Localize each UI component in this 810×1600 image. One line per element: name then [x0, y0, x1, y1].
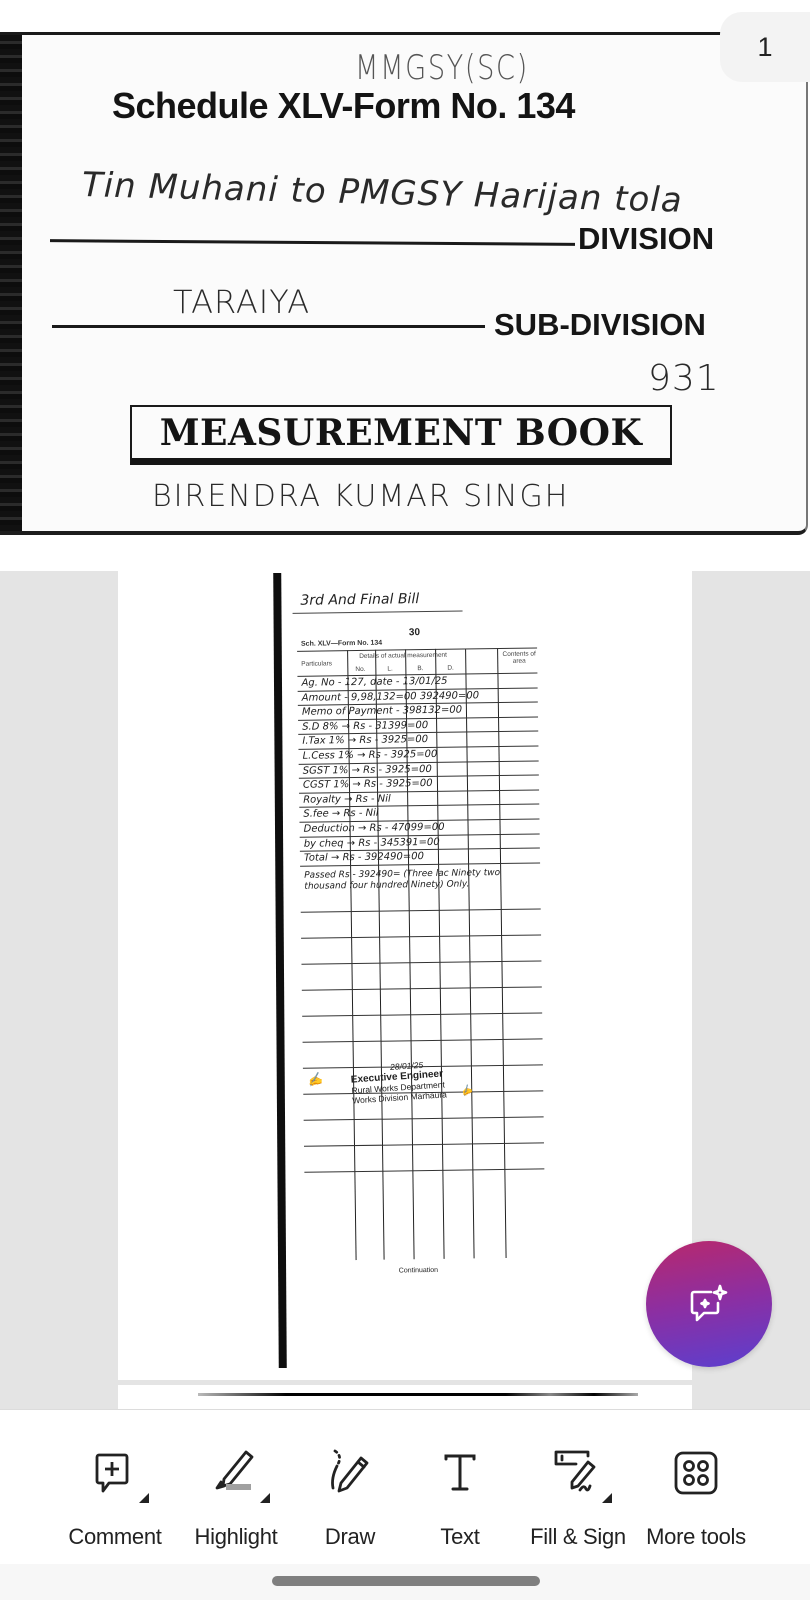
- draw-pencil-icon: [325, 1448, 375, 1498]
- table-rows: Ag. No - 127, date - 13/01/25Amount - 9,…: [297, 673, 540, 866]
- table-row: [304, 1143, 544, 1172]
- officer-name: BIRENDRA KUMAR SINGH: [152, 479, 569, 514]
- tool-fill-sign[interactable]: Fill & Sign: [513, 1410, 643, 1565]
- table-row: [304, 1117, 544, 1146]
- form-title: Schedule XLV-Form No. 134: [112, 85, 575, 127]
- table-row: [301, 909, 541, 938]
- measurement-sheet: 3rd And Final Bill 30 Sch. XLV—Form No. …: [284, 571, 555, 1373]
- tool-comment[interactable]: Comment: [50, 1410, 180, 1565]
- header-d: D.: [447, 665, 454, 672]
- table-row: [302, 1013, 542, 1042]
- table-row: [302, 987, 542, 1016]
- bottom-toolbar: Comment Highlight Draw: [0, 1409, 810, 1564]
- book-number: 931: [648, 358, 720, 399]
- engineer-stamp: 28/01/25 Executive Engineer Rural Works …: [350, 1058, 447, 1105]
- highlighter-icon: [208, 1448, 264, 1498]
- tool-highlight[interactable]: Highlight: [171, 1410, 301, 1565]
- home-indicator[interactable]: [272, 1576, 540, 1586]
- division-underline: [50, 239, 575, 246]
- more-tools-grid-icon: [673, 1450, 719, 1496]
- system-nav-bar: [0, 1564, 810, 1600]
- header-contents: Contents of area: [501, 650, 537, 665]
- tool-more-tools-label: More tools: [646, 1524, 746, 1550]
- header-particulars: Particulars: [301, 660, 332, 667]
- work-name: Tin Muhani to PMGSY Harijan tola: [81, 165, 683, 221]
- bill-heading: 3rd And Final Bill: [300, 591, 419, 609]
- tool-text[interactable]: Text: [395, 1410, 525, 1565]
- pdf-page-2[interactable]: 3rd And Final Bill 30 Sch. XLV—Form No. …: [118, 571, 692, 1380]
- passed-amount-note: Passed Rs - 392490= (Three lac Ninety tw…: [300, 863, 541, 912]
- fill-sign-menu-indicator: [602, 1493, 612, 1503]
- tool-draw-label: Draw: [325, 1524, 375, 1550]
- subdivision-label: SUB-DIVISION: [494, 307, 706, 343]
- comment-add-icon: [93, 1451, 137, 1495]
- table-row: [301, 935, 541, 964]
- table-header: Particulars Details of actual measuremen…: [297, 647, 537, 676]
- header-details: Details of actual measurement: [359, 652, 447, 660]
- tool-highlight-label: Highlight: [195, 1524, 278, 1550]
- continuation-label: Continuation: [399, 1267, 438, 1275]
- division-label: DIVISION: [578, 221, 714, 257]
- page-number-badge[interactable]: 1: [720, 12, 810, 82]
- bill-heading-underline: [293, 611, 463, 614]
- book-title: MEASUREMENT BOOK: [160, 412, 643, 454]
- text-tool-icon: [440, 1451, 480, 1495]
- pdf-page-1[interactable]: MMGSY(SC) Schedule XLV-Form No. 134 Tin …: [0, 32, 808, 535]
- header-no: No.: [355, 666, 365, 673]
- table-row: [301, 961, 541, 990]
- form-reference: Sch. XLV—Form No. 134: [301, 640, 382, 648]
- scheme-note: MMGSY(SC): [355, 48, 529, 88]
- tool-more-tools[interactable]: More tools: [631, 1410, 761, 1565]
- book-title-box: MEASUREMENT BOOK: [130, 405, 672, 465]
- header-l: L.: [387, 665, 393, 672]
- tool-comment-label: Comment: [68, 1524, 161, 1550]
- tool-text-label: Text: [440, 1524, 479, 1550]
- subdivision-underline: [52, 325, 485, 328]
- ai-assistant-button[interactable]: [646, 1241, 772, 1367]
- header-b: B.: [417, 665, 423, 672]
- subdivision-value: TARAIYA: [173, 283, 310, 321]
- pdf-page-3-edge[interactable]: [118, 1385, 692, 1409]
- fill-sign-icon: [550, 1448, 606, 1498]
- book-binding-strip: [0, 35, 22, 531]
- comment-menu-indicator: [139, 1493, 149, 1503]
- tool-fill-sign-label: Fill & Sign: [530, 1524, 626, 1550]
- ai-assistant-sparkle-chat-icon: [685, 1280, 733, 1328]
- sheet-page-number: 30: [409, 627, 420, 638]
- highlight-menu-indicator: [260, 1493, 270, 1503]
